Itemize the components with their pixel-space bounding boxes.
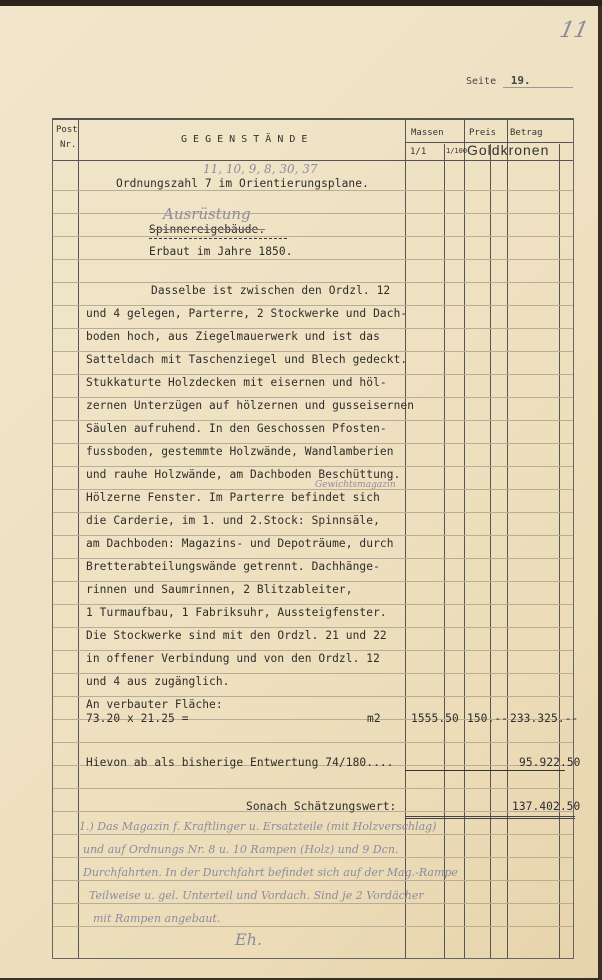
description-line: rinnen und Saumrinnen, 2 Blitzableiter,	[86, 583, 353, 596]
description-line: Die Stockwerke sind mit den Ordzl. 21 un…	[86, 629, 387, 642]
description-line: und 4 gelegen, Parterre, 2 Stockwerke un…	[86, 307, 407, 320]
handwritten-note-line: Durchfahrten. In der Durchfahrt befindet…	[83, 866, 458, 879]
description-line: am Dachboden: Magazins- und Depoträume, …	[86, 537, 394, 550]
total-betrag: 137.402.50	[512, 800, 580, 813]
calc-formula: 73.20 x 21.25 =	[86, 712, 189, 725]
description-line: in offener Verbindung und von den Ordzl.…	[86, 652, 380, 665]
description-line: Satteldach mit Taschenziegel und Blech g…	[86, 353, 407, 366]
col-divider-betrag-sub	[559, 144, 560, 958]
signature: Eh.	[235, 930, 262, 949]
handwritten-note-line: Teilweise u. gel. Unterteil und Vordach.…	[89, 889, 424, 902]
description-line: 1 Turmaufbau, 1 Fabriksuhr, Aussteigfens…	[86, 606, 387, 619]
title-dashed-underline	[149, 238, 287, 239]
page-number-field: Seite 19.	[466, 74, 573, 88]
header-massen: Massen	[411, 128, 444, 138]
header-nr: Nr.	[60, 140, 76, 150]
description-line: Dasselbe ist zwischen den Ordzl. 12	[151, 284, 390, 297]
header-betrag: Betrag	[510, 128, 543, 138]
col-divider-preis	[464, 120, 465, 958]
description-line: An verbauter Fläche:	[86, 698, 223, 711]
handwritten-note-line: mit Rampen angebaut.	[93, 912, 220, 925]
header-currency: Goldkronen	[467, 142, 549, 158]
header-massen-1-100: 1/100	[446, 147, 467, 155]
header-bottom	[53, 160, 573, 161]
description-line: Stukkaturte Holzdecken mit eisernen und …	[86, 376, 387, 389]
handwritten-ordnungszahl-list: 11, 10, 9, 8, 30, 37	[203, 162, 318, 176]
handwritten-title: Ausrüstung	[163, 205, 251, 223]
calc-unit: m2	[367, 712, 381, 725]
col-divider-betrag	[507, 120, 508, 958]
header-gegenstaende: G E G E N S T Ä N D E	[181, 134, 307, 145]
header-post: Post	[56, 125, 78, 135]
description-line: boden hoch, aus Ziegelmauerwerk und ist …	[86, 330, 380, 343]
handwritten-note-line: und auf Ordnungs Nr. 8 u. 10 Rampen (Hol…	[83, 843, 398, 856]
description-line: fussboden, gestemmte Holzwände, Wandlamb…	[86, 445, 394, 458]
ledger-page: 11 Seite 19. Post Nr	[0, 6, 598, 978]
description-line: die Carderie, im 1. und 2.Stock: Spinnsä…	[86, 514, 380, 527]
description-line: und 4 aus zugänglich.	[86, 675, 230, 688]
folio-number: 11	[557, 18, 590, 43]
calc-massen: 1555.50	[411, 712, 459, 725]
valuation-table: Post Nr. G E G E N S T Ä N D E Massen 1/…	[52, 118, 574, 959]
handwritten-note-line: 1.) Das Magazin f. Kraftlinger u. Ersatz…	[79, 820, 436, 833]
ordnungszahl-line: Ordnungszahl 7 im Orientierungsplane.	[116, 177, 369, 190]
calc-preis: 150.--	[467, 712, 508, 725]
calc-betrag: 233.325.--	[510, 712, 578, 725]
col-divider-preis-sub	[490, 144, 491, 958]
deduction-betrag: 95.922.50	[519, 756, 581, 769]
description-line: Säulen aufruhend. In den Geschossen Pfos…	[86, 422, 387, 435]
deduction-label: Hievon ab als bisherige Entwertung 74/18…	[86, 756, 394, 769]
handwritten-annotation-right: Gewichtsmagazin	[315, 480, 396, 490]
header-preis: Preis	[469, 128, 496, 138]
building-name: Spinnereigebäude.	[149, 223, 265, 236]
total-double-underline	[405, 816, 575, 819]
description-line: zernen Unterzügen auf hölzernen und guss…	[86, 399, 414, 412]
total-label: Sonach Schätzungswert:	[246, 800, 396, 813]
description-line: Hölzerne Fenster. Im Parterre befindet s…	[86, 491, 380, 504]
seite-label: Seite	[466, 76, 496, 87]
description-line: Bretterabteilungswände getrennt. Dachhän…	[86, 560, 380, 573]
header-massen-1-1: 1/1	[410, 147, 426, 157]
deduction-underline	[405, 770, 565, 771]
col-divider-massen-sub	[444, 144, 445, 958]
built-year: Erbaut im Jahre 1850.	[149, 245, 293, 258]
seite-value: 19.	[503, 74, 573, 88]
